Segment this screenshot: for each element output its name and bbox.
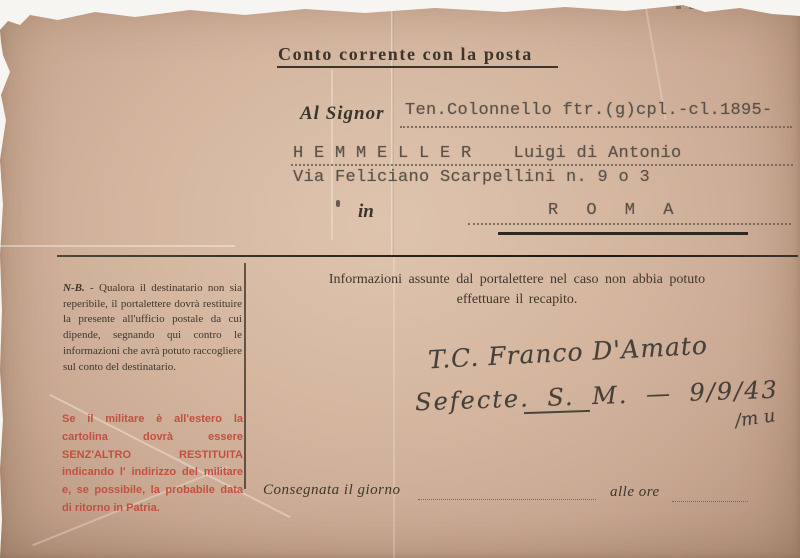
- info-heading-line2: effettuare il recapito.: [262, 292, 772, 308]
- handwritten-signature: T.C. Franco D'Amato: [427, 331, 708, 375]
- paper-crease-horizontal: [0, 245, 235, 247]
- delivered-time-label: alle ore: [610, 484, 660, 501]
- city-solid-underline: [498, 232, 748, 235]
- dotted-rule-city: [468, 223, 791, 225]
- document-title: Conto corrente con la posta: [278, 44, 533, 65]
- nb-note: N-B. - Qualora il destinatario non sia r…: [63, 281, 242, 375]
- military-warning-note: Se il militare è all'estero la cartolina…: [62, 411, 243, 518]
- salutation-label: Al Signor: [300, 103, 385, 125]
- recipient-street-line: Via Feliciano Scarpellini n. 9 o 3: [293, 168, 650, 187]
- nb-note-label: N-B.: [63, 282, 85, 294]
- dotted-rule-rank: [400, 126, 792, 128]
- torn-perforation-edge-right: [676, 6, 736, 9]
- nb-note-text: - Qualora il destinatario non sia reperi…: [63, 282, 242, 373]
- in-label: in: [358, 201, 374, 223]
- recipient-name-line: H E M M E L L E R Luigi di Antonio: [293, 144, 682, 163]
- document-paper: Conto corrente con la posta Al Signor Te…: [0, 0, 800, 558]
- handwritten-annotation-small: /m u: [734, 405, 777, 431]
- delivered-date-label: Consegnata il giorno: [263, 482, 401, 499]
- ink-speck: [336, 200, 340, 207]
- title-underline: [277, 66, 558, 68]
- scanned-postcard: Conto corrente con la posta Al Signor Te…: [0, 0, 800, 558]
- delivered-time-blank: [672, 501, 748, 502]
- torn-perforation-edge-left: [30, 7, 245, 10]
- section-divider-rule: [57, 255, 798, 257]
- recipient-rank-line: Ten.Colonnello ftr.(g)cpl.-cl.1895-: [405, 101, 773, 120]
- recipient-city: R O M A: [548, 201, 682, 220]
- delivered-date-blank: [418, 499, 596, 500]
- dotted-rule-name: [291, 164, 793, 166]
- info-heading-line1: Informazioni assunte dal portalettere ne…: [262, 272, 772, 288]
- handwritten-annotation: Sefecte. S. M. — 9/9/43: [415, 376, 780, 417]
- column-divider-rule: [244, 263, 246, 489]
